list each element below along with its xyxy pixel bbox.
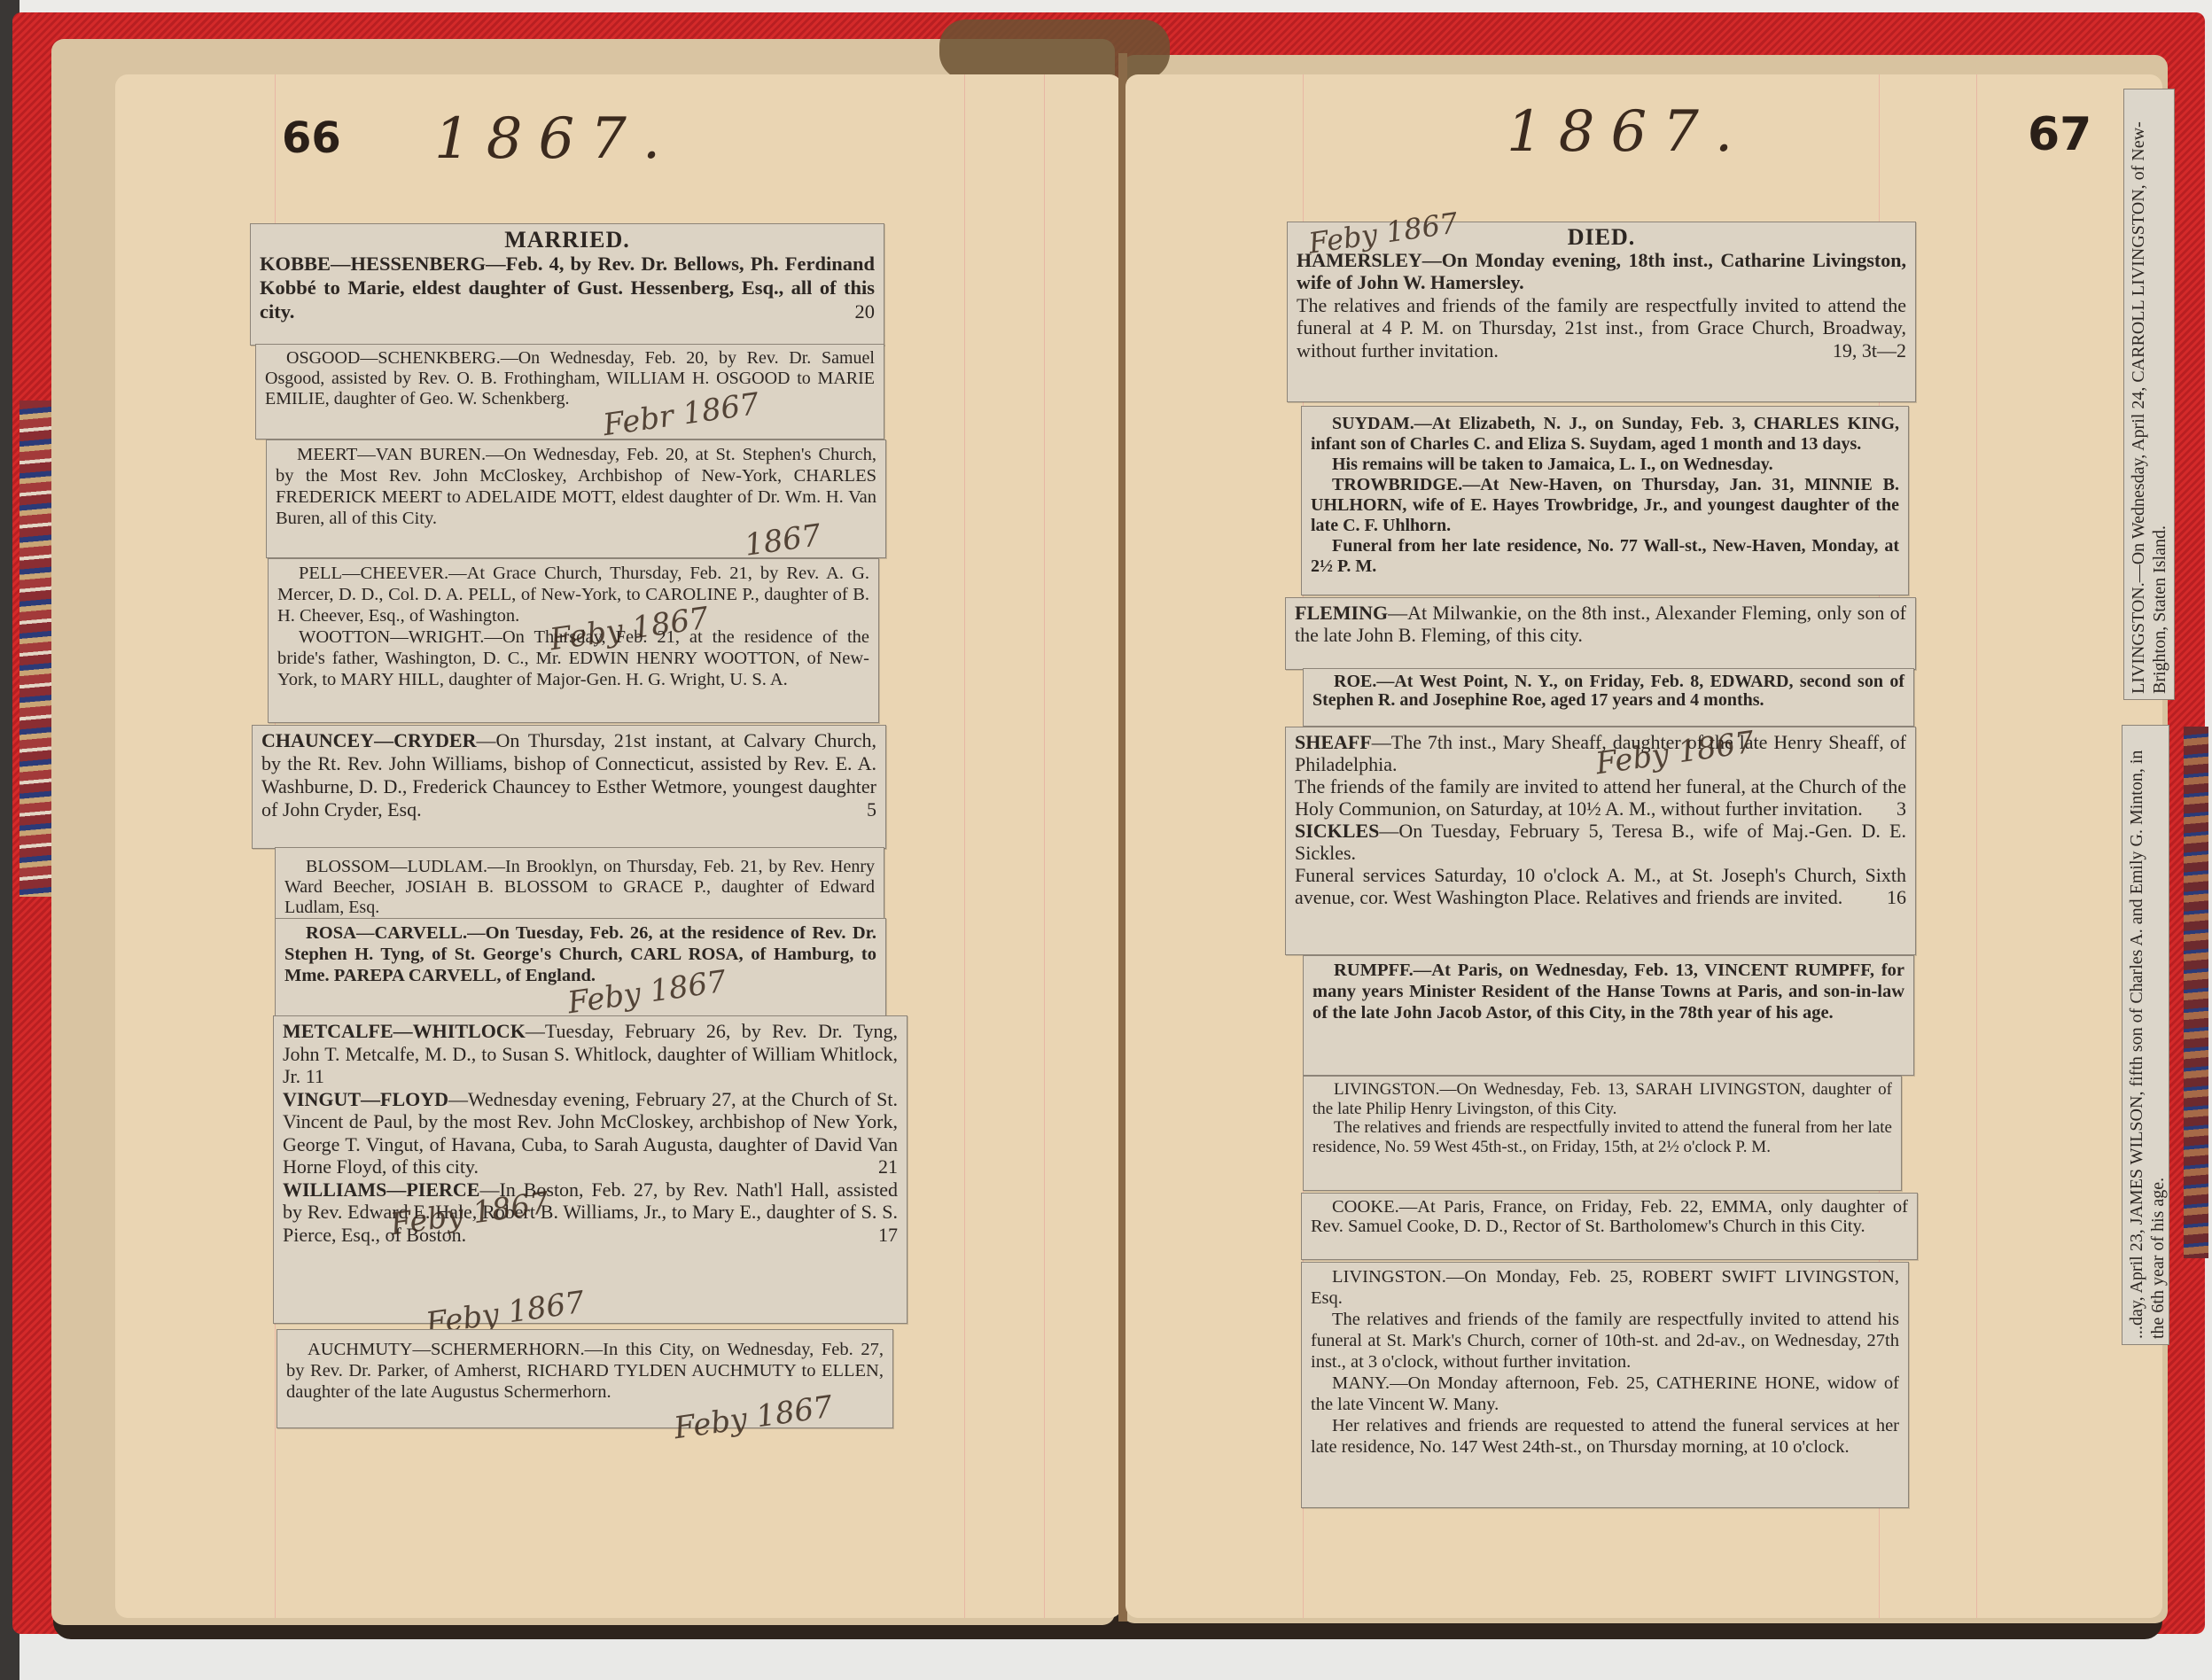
notice-number: 21 [878,1155,898,1178]
notice-lead: OSGOOD—SCHENKBERG. [286,348,501,368]
notice-text: —At Paris, France, on Friday, Feb. 22, E… [1311,1197,1908,1236]
notice-lead: WOOTTON—WRIGHT. [299,627,484,647]
notice-text: —On Monday afternoon, Feb. 25, CATHERINE… [1311,1373,1899,1414]
notice-lead: METCALFE—WHITLOCK [283,1020,526,1042]
torn-binding [939,19,1170,80]
margin-rule [1044,74,1045,1618]
notice-lead: COOKE. [1332,1197,1399,1217]
notice-text: —On Tuesday, February 5, Teresa B., wife… [1295,820,1906,864]
year-heading-right: 1867. [1507,99,1749,165]
notice-lead: WILLIAMS—PIERCE [283,1178,479,1201]
clipping-osgood: OSGOOD—SCHENKBERG.—On Wednesday, Feb. 20… [255,344,884,439]
notice-lead: TROWBRIDGE. [1332,475,1462,494]
notice-lead: CHAUNCEY—CRYDER [261,729,476,751]
notice-lead: RUMPFF. [1334,961,1414,980]
notice-lead: FLEMING [1295,602,1388,624]
margin-rule [1976,74,1977,1618]
clipping-cooke: COOKE.—At Paris, France, on Friday, Feb.… [1301,1193,1918,1260]
clipping-chauncey: CHAUNCEY—CRYDER—On Thursday, 21st instan… [252,725,886,849]
notice-number: 11 [306,1065,324,1087]
notice-lead: MANY. [1332,1373,1390,1393]
notice-text-2: His remains will be taken to Jamaica, L.… [1311,455,1899,475]
clipping-married-kobbe: MARRIED. KOBBE—HESSENBERG—Feb. 4, by Rev… [250,223,884,346]
notice-lead: LIVINGSTON. [1332,1267,1446,1287]
notice-lead: VINGUT—FLOYD [283,1088,448,1110]
notice-text-2: The friends of the family are invited to… [1295,775,1906,820]
notice-text-2: Funeral from her late residence, No. 77 … [1311,536,1899,577]
page-number-left: 66 [282,113,341,163]
notice-lead: SHEAFF [1295,731,1372,753]
notice-text-2: Her relatives and friends are requested … [1311,1415,1899,1458]
notice-lead: LIVINGSTON. [1334,1080,1439,1099]
edge-clipping-carroll-livingston: LIVINGSTON.—On Wednesday, April 24, CARR… [2123,89,2175,700]
section-heading-married: MARRIED. [260,228,875,252]
notice-number: 3 [1897,797,1906,820]
notice-lead: ROSA—CARVELL. [306,923,467,943]
clipping-blossom: BLOSSOM—LUDLAM.—In Brooklyn, on Thursday… [275,847,884,920]
notice-lead: KOBBE—HESSENBERG [260,253,486,275]
clipping-fleming: FLEMING—At Milwankie, on the 8th inst., … [1285,597,1916,670]
notice-text-2: The relatives and friends of the family … [1311,1309,1899,1373]
year-heading-left: 1867. [434,106,676,172]
notice-lead: SUYDAM. [1332,414,1414,433]
notice-lead: SICKLES [1295,820,1379,842]
clipping-rumpff: RUMPFF.—At Paris, on Wednesday, Feb. 13,… [1303,955,1914,1076]
notice-text-2: Funeral services Saturday, 10 o'clock A.… [1295,864,1906,908]
notice-text-2: The relatives and friends are respectful… [1312,1118,1892,1156]
clipping-livingston-robert-many: LIVINGSTON.—On Monday, Feb. 25, ROBERT S… [1301,1262,1909,1508]
page-number-right: 67 [2028,108,2091,161]
marbled-edge-right [2184,727,2208,1258]
notice-lead: AUCHMUTY—SCHERMERHORN. [308,1340,585,1359]
notice-lead: MEERT—VAN BUREN. [297,445,486,464]
notice-lead: ROE. [1334,672,1376,691]
notice-lead: PELL—CHEEVER. [299,564,448,583]
clipping-livingston-sarah: LIVINGSTON.—On Wednesday, Feb. 13, SARAH… [1303,1076,1902,1191]
notice-number: 17 [878,1224,898,1247]
clipping-metcalfe-vingut-williams: METCALFE—WHITLOCK—Tuesday, February 26, … [273,1015,907,1324]
notice-text: —At West Point, N. Y., on Friday, Feb. 8… [1312,672,1904,710]
notice-lead: BLOSSOM—LUDLAM. [306,857,487,876]
notice-number: 19, 3t—2 [1833,339,1906,362]
notice-number: 16 [1887,886,1906,908]
clipping-roe: ROE.—At West Point, N. Y., on Friday, Fe… [1303,668,1914,727]
notice-number: 5 [867,798,876,821]
edge-clipping-minton: ...day, April 23, JAMES WILSON, fifth so… [2122,725,2169,1345]
clipping-suydam-trowbridge: SUYDAM.—At Elizabeth, N. J., on Sunday, … [1301,406,1909,595]
margin-rule [964,74,965,1618]
notice-text-2: The relatives and friends of the family … [1297,294,1906,362]
notice-number: 20 [855,299,876,323]
